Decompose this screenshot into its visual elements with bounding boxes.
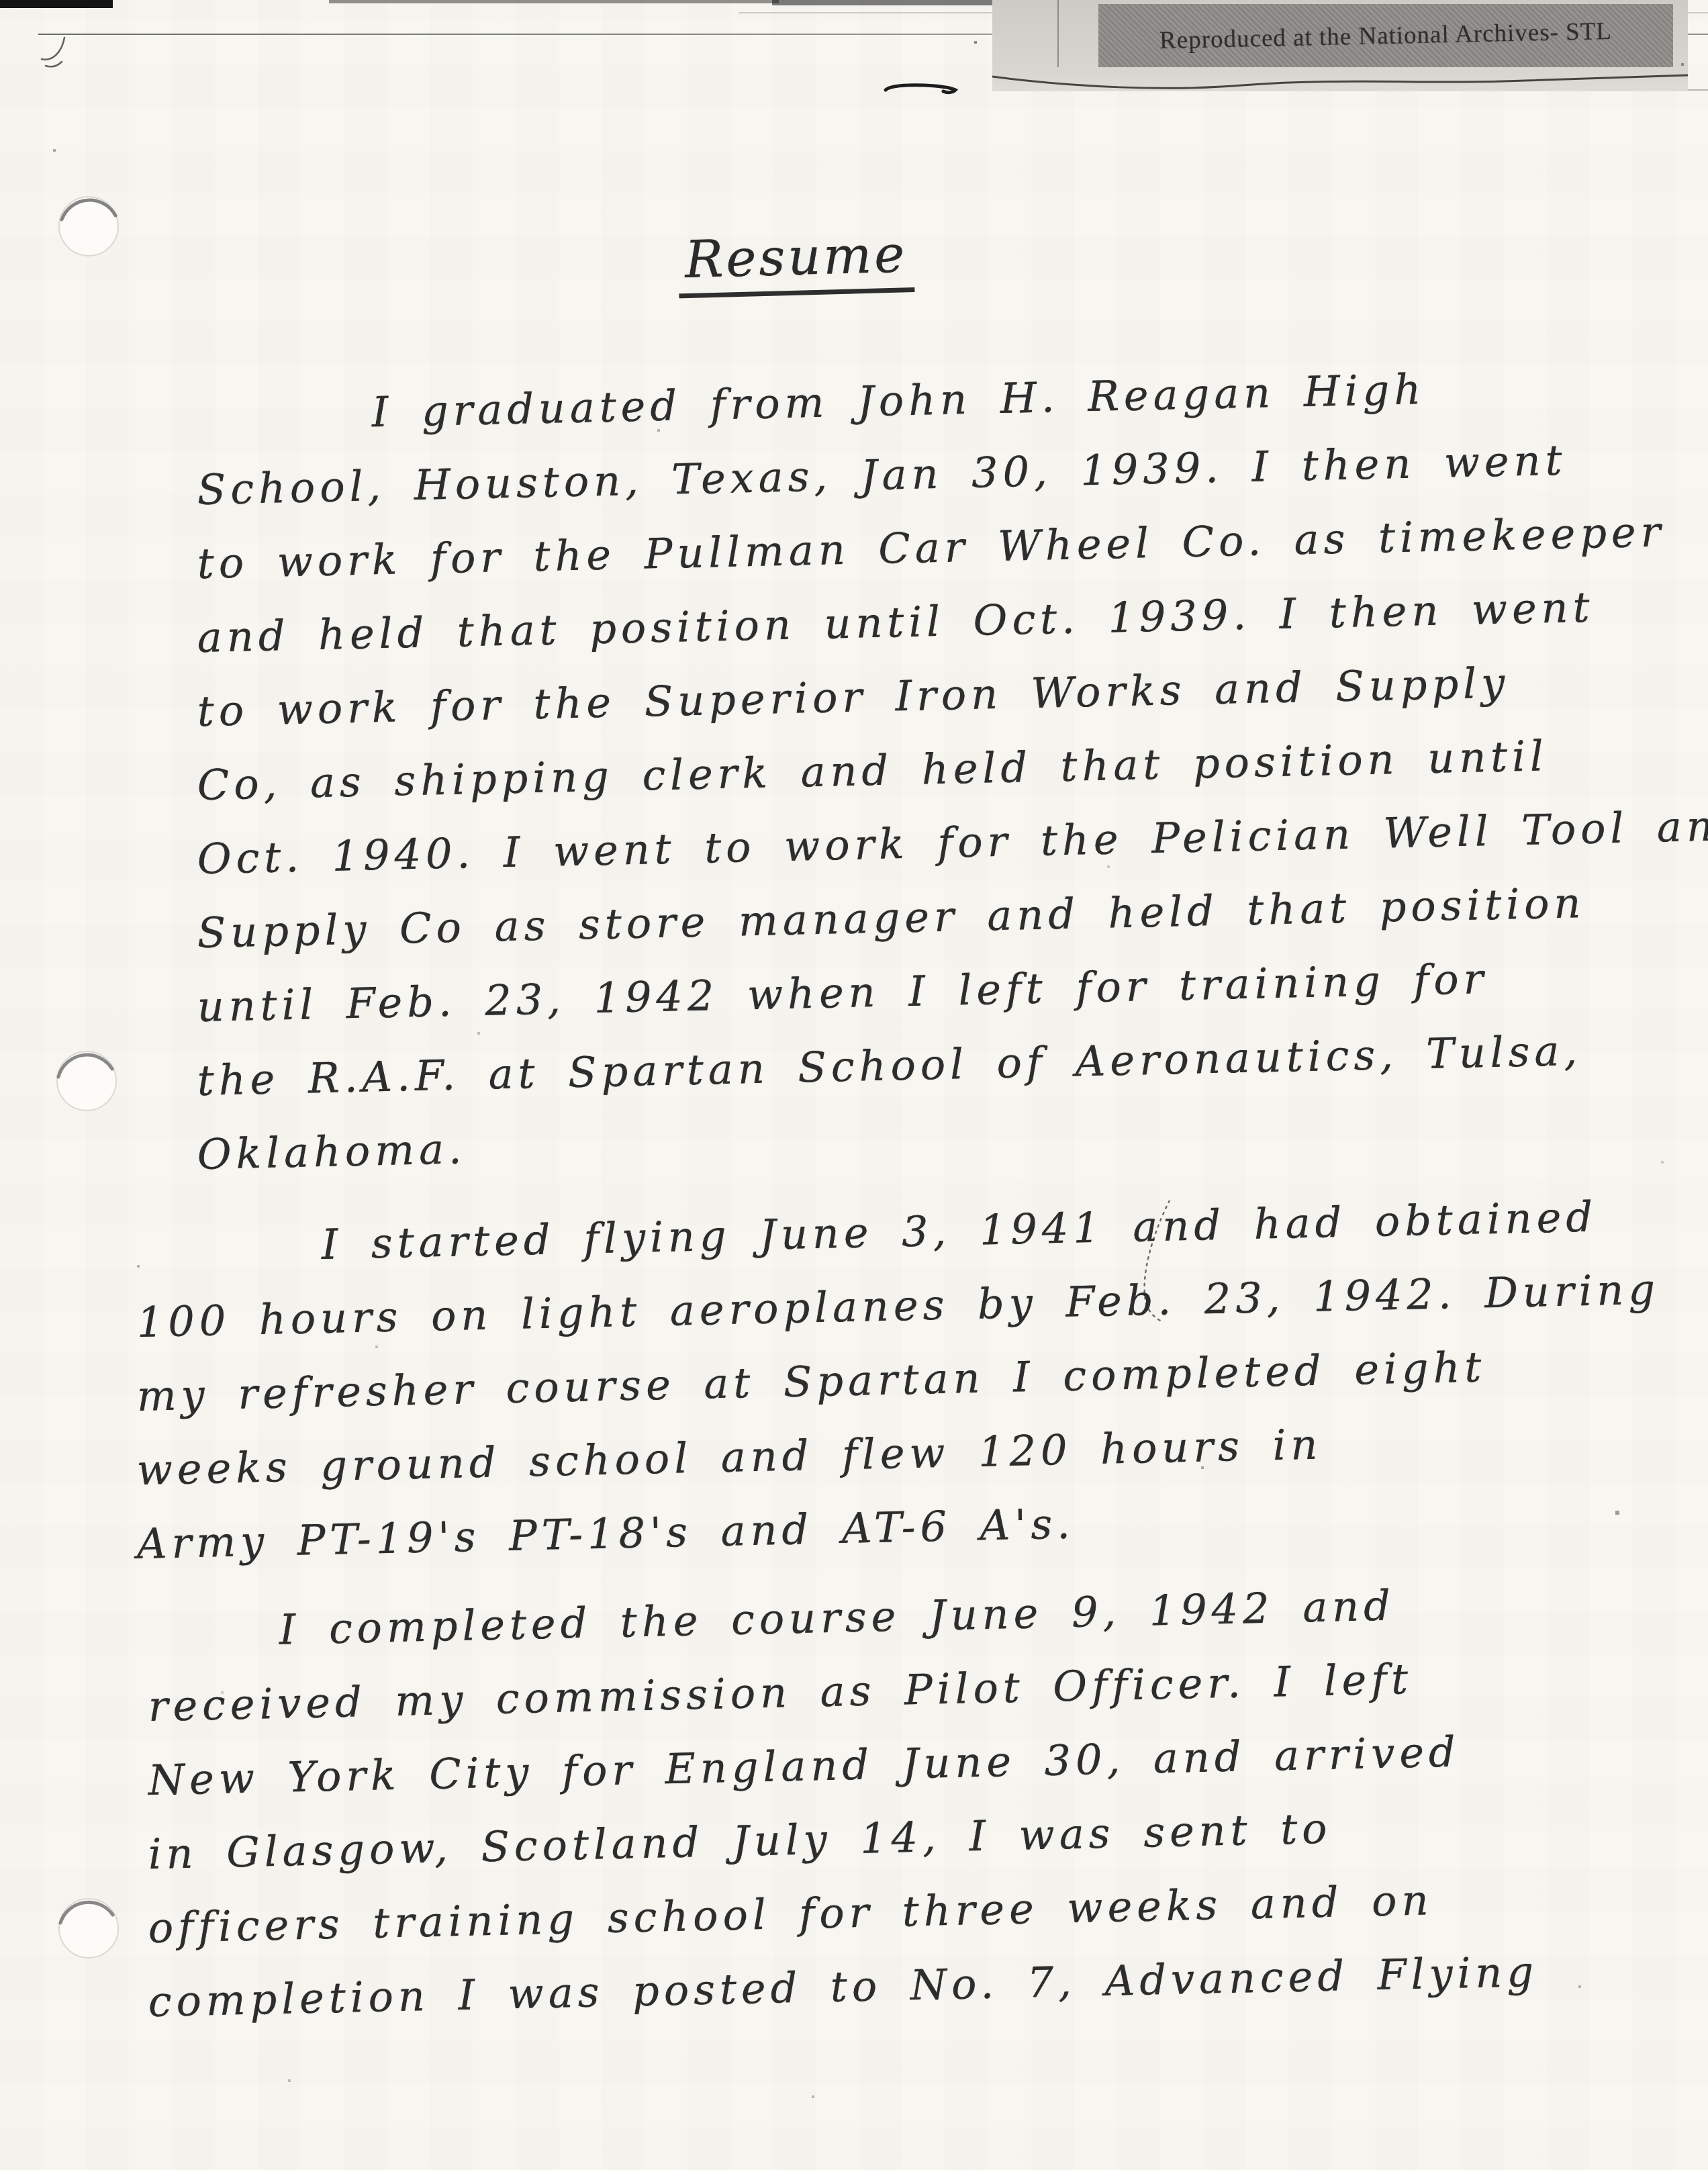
pen-mark: [39, 36, 93, 83]
page-title-text: Resume: [677, 224, 915, 298]
scanned-document-page: Reproduced at the National Archives- STL…: [0, 0, 1708, 2170]
archives-stamp-scrap: Reproduced at the National Archives- STL: [992, 0, 1688, 91]
paragraph: I completed the course June 9, 1942 and …: [0, 1596, 1708, 2039]
pen-mark: [883, 79, 963, 97]
scan-edge-bar: [772, 0, 997, 5]
page-title: Resume: [677, 224, 900, 290]
scan-edge-bar: [329, 0, 779, 3]
archives-stamp-text: Reproduced at the National Archives- STL: [1159, 16, 1613, 54]
scrap-fold-line: [1057, 0, 1059, 67]
scan-edge-bar: [0, 0, 113, 8]
torn-paper-edge: [992, 67, 1688, 91]
archives-stamp: Reproduced at the National Archives- STL: [1098, 4, 1673, 67]
document-body: I graduated from John H. Reagan High Sch…: [0, 379, 1708, 2039]
paragraph: I graduated from John H. Reagan High Sch…: [0, 379, 1708, 1192]
paragraph: I started flying June 3, 1941 and had ob…: [0, 1212, 1708, 1581]
dust-specks: [0, 0, 1, 1]
hole-punch: [55, 193, 122, 260]
